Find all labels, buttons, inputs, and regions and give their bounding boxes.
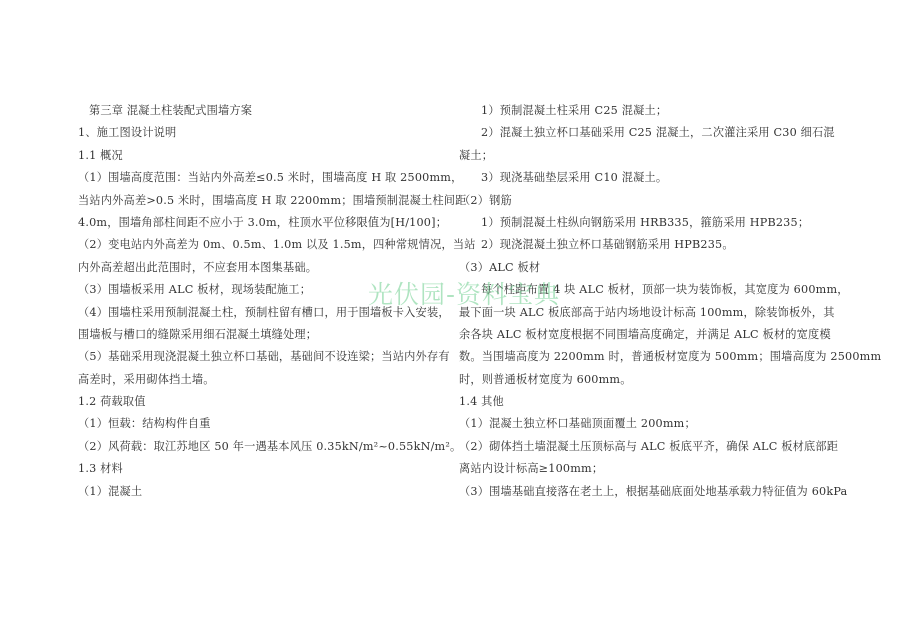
text-line: 3）现浇基础垫层采用 C10 混凝土。 [459, 167, 831, 189]
text-line: 1.4 其他 [459, 391, 831, 413]
text-line: 离站内设计标高≥100mm； [459, 458, 831, 480]
text-line: 当站内外高差>0.5 米时，围墙高度 H 取 2200mm；围墙预制混凝土柱间距 [78, 190, 450, 212]
text-line: （3）围墙基础直接落在老土上，根据基础底面处地基承载力特征值为 60kPa [459, 481, 831, 503]
text-line: （2）钢筋 [459, 190, 831, 212]
text-line: 数。当围墙高度为 2200mm 时，普通板材宽度为 500mm；围墙高度为 25… [459, 346, 831, 368]
text-line: （2）风荷载：取江苏地区 50 年一遇基本风压 0.35kN/m²~0.55kN… [78, 436, 450, 458]
text-line: （1）围墙高度范围：当站内外高差≤0.5 米时，围墙高度 H 取 2500mm， [78, 167, 450, 189]
text-line: 时，则普通板材宽度为 600mm。 [459, 369, 831, 391]
text-line: 4.0m，围墙角部柱间距不应小于 3.0m，柱顶水平位移限值为[H/100]； [78, 212, 450, 234]
text-line: 余各块 ALC 板材宽度根据不同围墙高度确定，并满足 ALC 板材的宽度模 [459, 324, 831, 346]
text-line: （5）基础采用现浇混凝土独立杯口基础，基础间不设连梁；当站内外存有 [78, 346, 450, 368]
text-line: 1、施工图设计说明 [78, 122, 450, 144]
text-line: 2）混凝土独立杯口基础采用 C25 混凝土，二次灌注采用 C30 细石混 [459, 122, 831, 144]
text-line: 1.1 概况 [78, 145, 450, 167]
text-line: （1）恒载：结构构件自重 [78, 413, 450, 435]
text-line: （2）砌体挡土墙混凝土压顶标高与 ALC 板底平齐，确保 ALC 板材底部距 [459, 436, 831, 458]
text-line: 1.2 荷载取值 [78, 391, 450, 413]
text-line: 高差时，采用砌体挡土墙。 [78, 369, 450, 391]
text-line: 1）预制混凝土柱纵向钢筋采用 HRB335，箍筋采用 HPB235； [459, 212, 831, 234]
text-line: （2）变电站内外高差为 0m、0.5m、1.0m 以及 1.5m，四种常规情况，… [78, 234, 450, 256]
text-line: 围墙板与槽口的缝隙采用细石混凝土填缝处理； [78, 324, 450, 346]
text-line: （1）混凝土 [78, 481, 450, 503]
text-line: 1）预制混凝土柱采用 C25 混凝土； [459, 100, 831, 122]
text-line: 1.3 材料 [78, 458, 450, 480]
text-line: （1）混凝土独立杯口基础顶面覆土 200mm； [459, 413, 831, 435]
watermark: 光伏园-资料宝典 [368, 275, 560, 311]
text-line: 第三章 混凝土柱装配式围墙方案 [78, 100, 450, 122]
text-line: 2）现浇混凝土独立杯口基础钢筋采用 HPB235。 [459, 234, 831, 256]
text-line: 凝土； [459, 145, 831, 167]
